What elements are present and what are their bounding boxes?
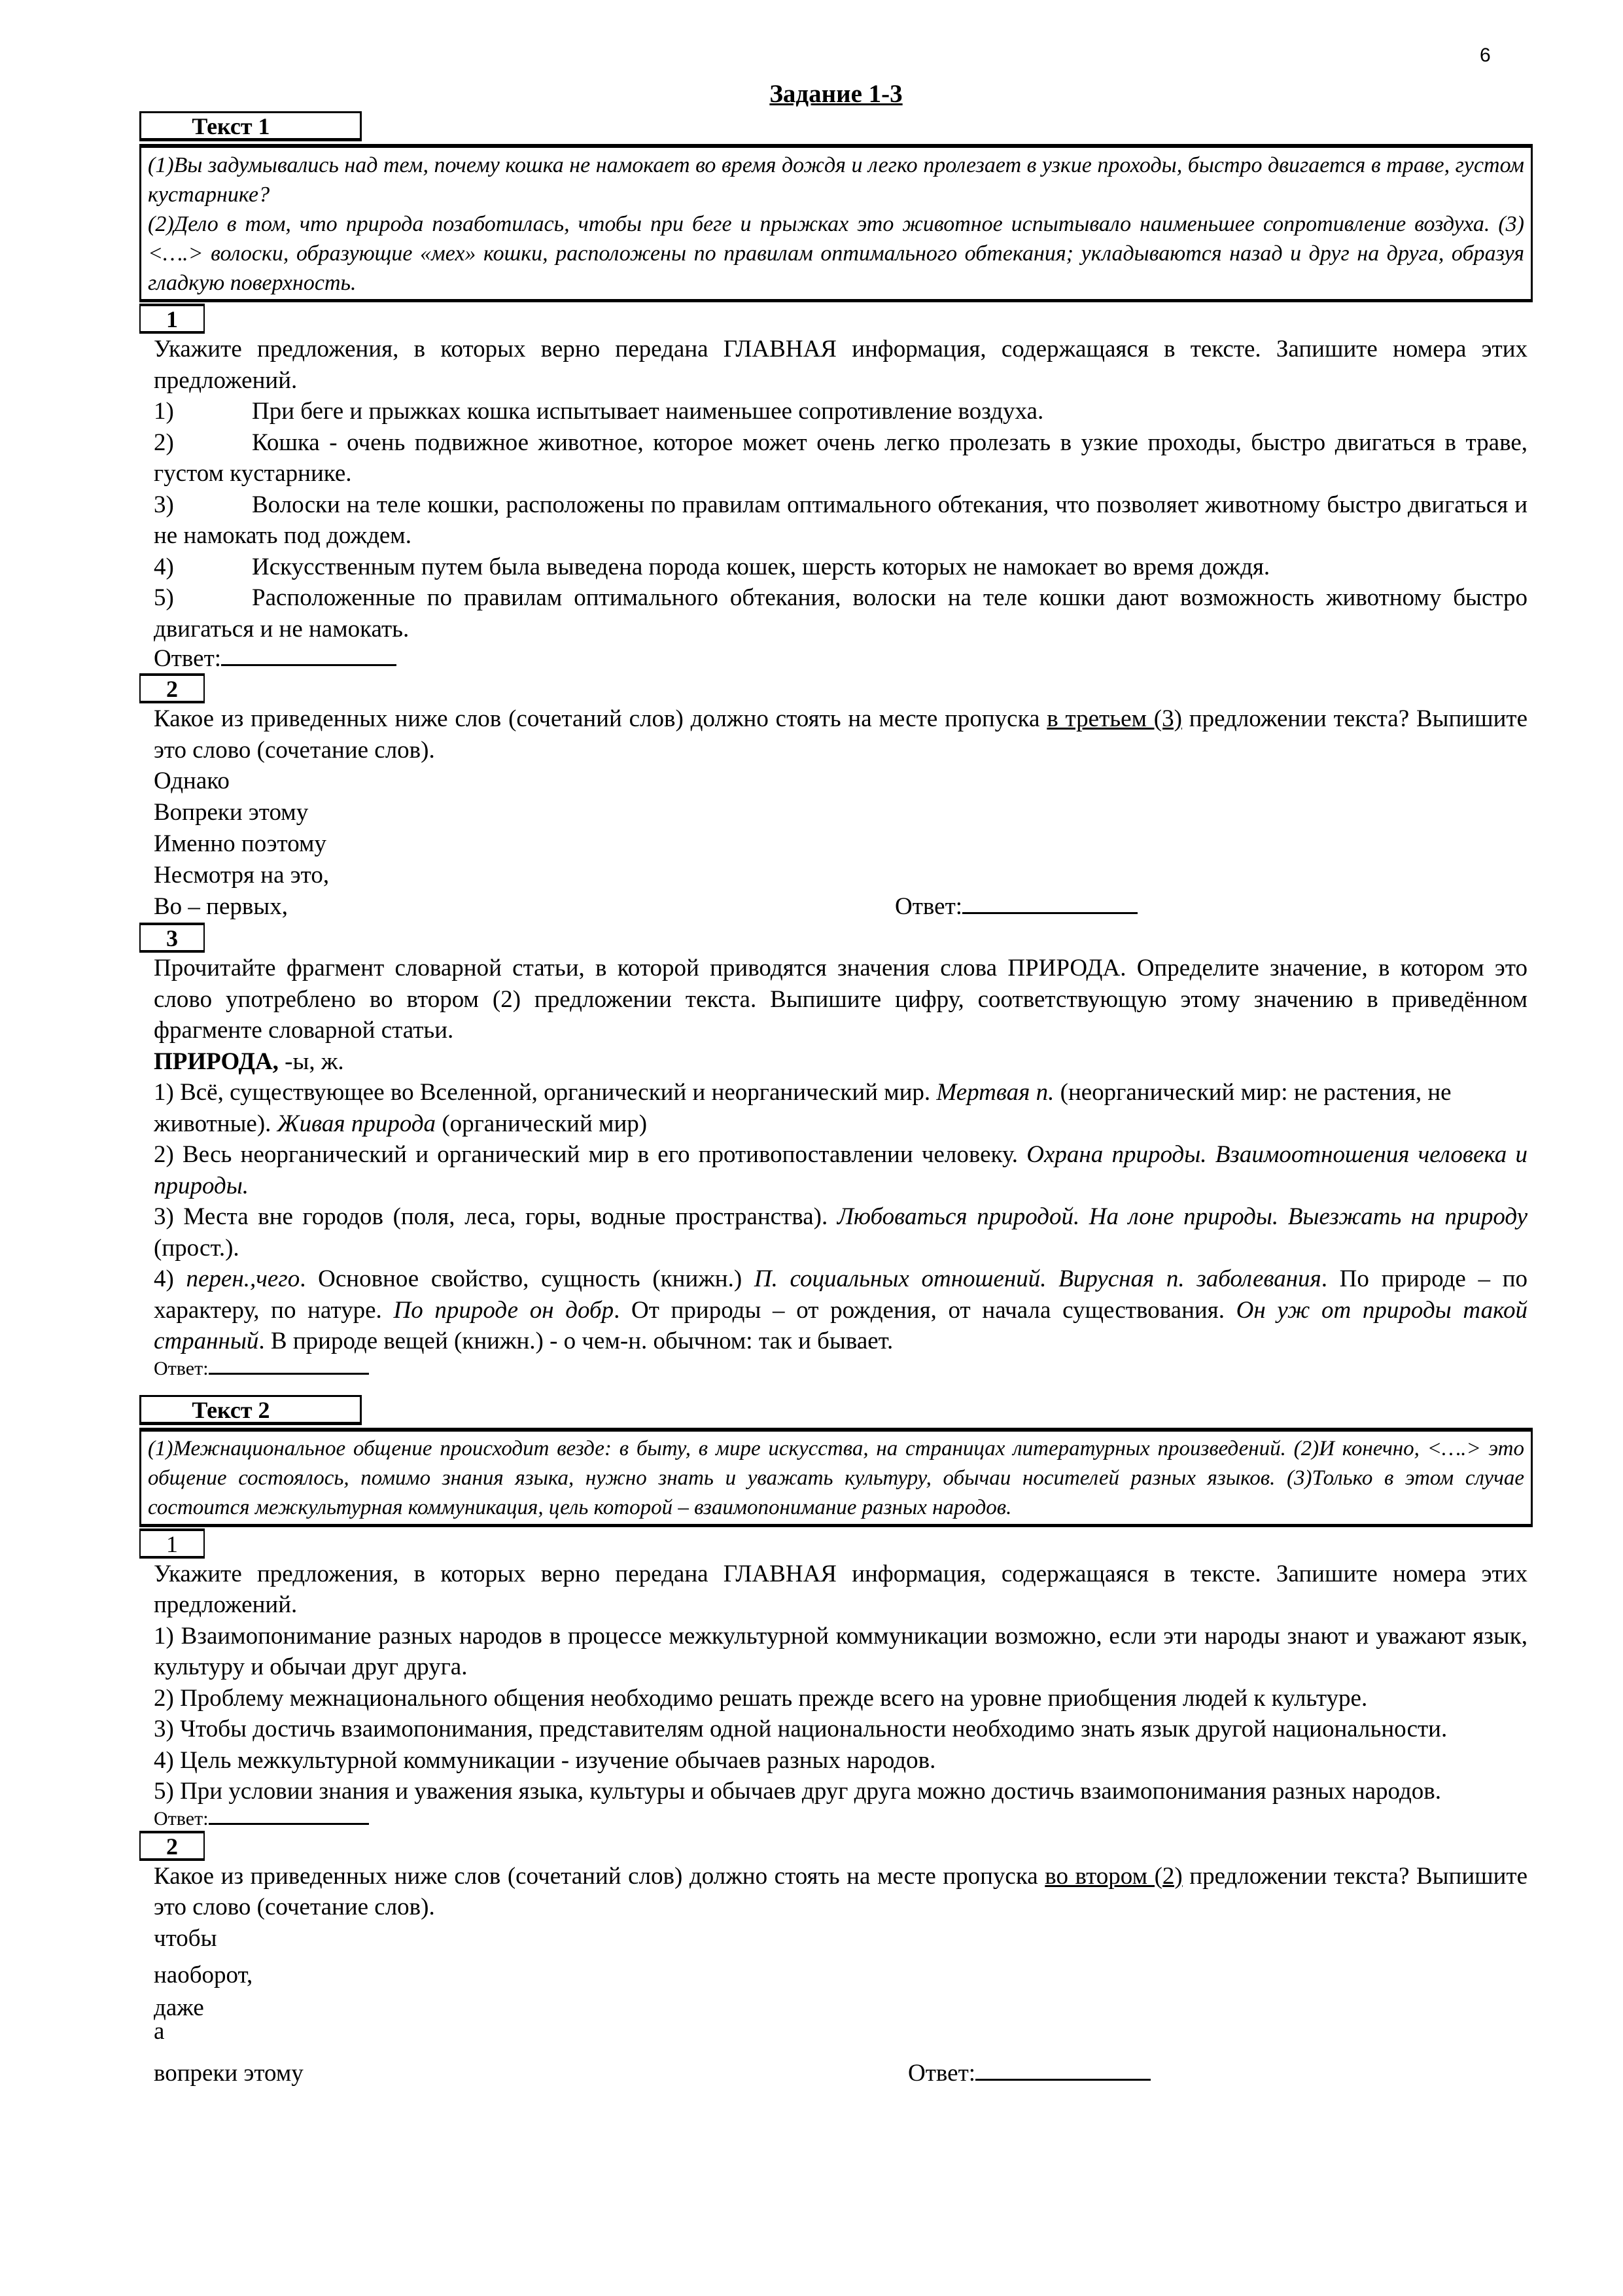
text2-label: Текст 2 — [139, 1395, 362, 1425]
answer-blank[interactable] — [209, 1358, 369, 1375]
task-number-2: 2 — [139, 673, 205, 703]
task1-question: Укажите предложения, в которых верно пер… — [139, 1559, 1533, 1807]
answer-field[interactable]: Ответ: — [139, 645, 1533, 673]
dictionary-meaning: 3) Места вне городов (поля, леса, горы, … — [154, 1201, 1527, 1263]
option-item: 5)Расположенные по правилам оптимального… — [154, 582, 1527, 645]
task-number-2: 2 — [139, 1831, 205, 1861]
task1-question: Укажите предложения, в которых верно пер… — [139, 334, 1533, 645]
text1-label: Текст 1 — [139, 111, 362, 141]
task-prompt: Укажите предложения, в которых верно пер… — [154, 334, 1527, 396]
word-option: Именно поэтому — [154, 828, 1533, 860]
task-prompt: Укажите предложения, в которых верно пер… — [154, 1559, 1527, 1621]
task-number-1: 1 — [139, 304, 205, 334]
task-number-1: 1 — [139, 1528, 205, 1559]
text1-passage: (1)Вы задумывались над тем, почему кошка… — [139, 144, 1533, 302]
answer-field[interactable]: Ответ: — [139, 1807, 1533, 1831]
task2-question: Какое из приведенных ниже слов (сочетани… — [139, 703, 1533, 766]
answer-field[interactable]: Ответ: — [139, 1357, 1533, 1381]
dictionary-meaning: 1) Всё, существующее во Вселенной, орган… — [154, 1077, 1527, 1139]
task2-question: Какое из приведенных ниже слов (сочетани… — [139, 1861, 1533, 1923]
answer-blank[interactable] — [221, 645, 396, 666]
dictionary-meaning: 4) перен.,чего. Основное свойство, сущно… — [154, 1263, 1527, 1357]
text1-passage-para: (1)Вы задумывались над тем, почему кошка… — [148, 150, 1524, 209]
answer-field[interactable]: Ответ: — [908, 2058, 1151, 2089]
task-prompt: Прочитайте фрагмент словарной статьи, в … — [154, 953, 1527, 1046]
answer-blank[interactable] — [209, 1809, 369, 1825]
answer-field[interactable]: Ответ: — [895, 891, 1138, 923]
page-number: 6 — [1480, 44, 1491, 67]
task3-question: Прочитайте фрагмент словарной статьи, в … — [139, 953, 1533, 1357]
text1-passage-para: (2)Дело в том, что природа позаботилась,… — [148, 209, 1524, 298]
dictionary-meaning: 2) Весь неорганический и органический ми… — [154, 1139, 1527, 1201]
answer-blank[interactable] — [962, 892, 1138, 914]
word-option: вопреки этому — [154, 2058, 1533, 2089]
word-option: Во – первых, — [154, 891, 1533, 923]
task-number-3: 3 — [139, 923, 205, 953]
word-options: чтобы наоборот, даже а вопреки этому Отв… — [139, 1923, 1533, 2089]
word-option: а — [154, 2020, 1533, 2043]
page-title: Задание 1-3 — [139, 77, 1533, 111]
text2-passage-para: (1)Межнациональное общение происходит ве… — [148, 1434, 1524, 1523]
word-option: Несмотря на это, — [154, 860, 1533, 891]
word-option: чтобы — [154, 1923, 1533, 1954]
word-option: Однако — [154, 766, 1533, 797]
page-content: Задание 1-3 Текст 1 (1)Вы задумывались н… — [139, 77, 1533, 2089]
dictionary-headword: ПРИРОДА, -ы, ж. — [154, 1046, 1527, 1078]
word-option: наоборот, — [154, 1960, 1533, 1991]
text2-passage: (1)Межнациональное общение происходит ве… — [139, 1428, 1533, 1527]
option-item: 2)Кошка - очень подвижное животное, кото… — [154, 427, 1527, 489]
word-option: даже — [154, 1996, 1533, 2020]
word-option: Вопреки этому — [154, 797, 1533, 828]
answer-blank[interactable] — [975, 2059, 1151, 2081]
task-prompt: Какое из приведенных ниже слов (сочетани… — [154, 1861, 1527, 1923]
word-options: Однако Вопреки этому Именно поэтому Несм… — [139, 766, 1533, 923]
option-item: 3) Чтобы достичь взаимопонимания, предст… — [154, 1714, 1527, 1745]
option-item: 4)Искусственным путем была выведена поро… — [154, 552, 1527, 583]
option-item: 4) Цель межкультурной коммуникации - изу… — [154, 1745, 1527, 1776]
task-prompt: Какое из приведенных ниже слов (сочетани… — [154, 703, 1527, 766]
option-item: 3)Волоски на теле кошки, расположены по … — [154, 489, 1527, 552]
option-item: 2) Проблему межнационального общения нео… — [154, 1683, 1527, 1714]
option-item: 1)При беге и прыжках кошка испытывает на… — [154, 396, 1527, 427]
option-item: 1) Взаимопонимание разных народов в проц… — [154, 1621, 1527, 1683]
option-item: 5) При условии знания и уважения языка, … — [154, 1776, 1527, 1807]
